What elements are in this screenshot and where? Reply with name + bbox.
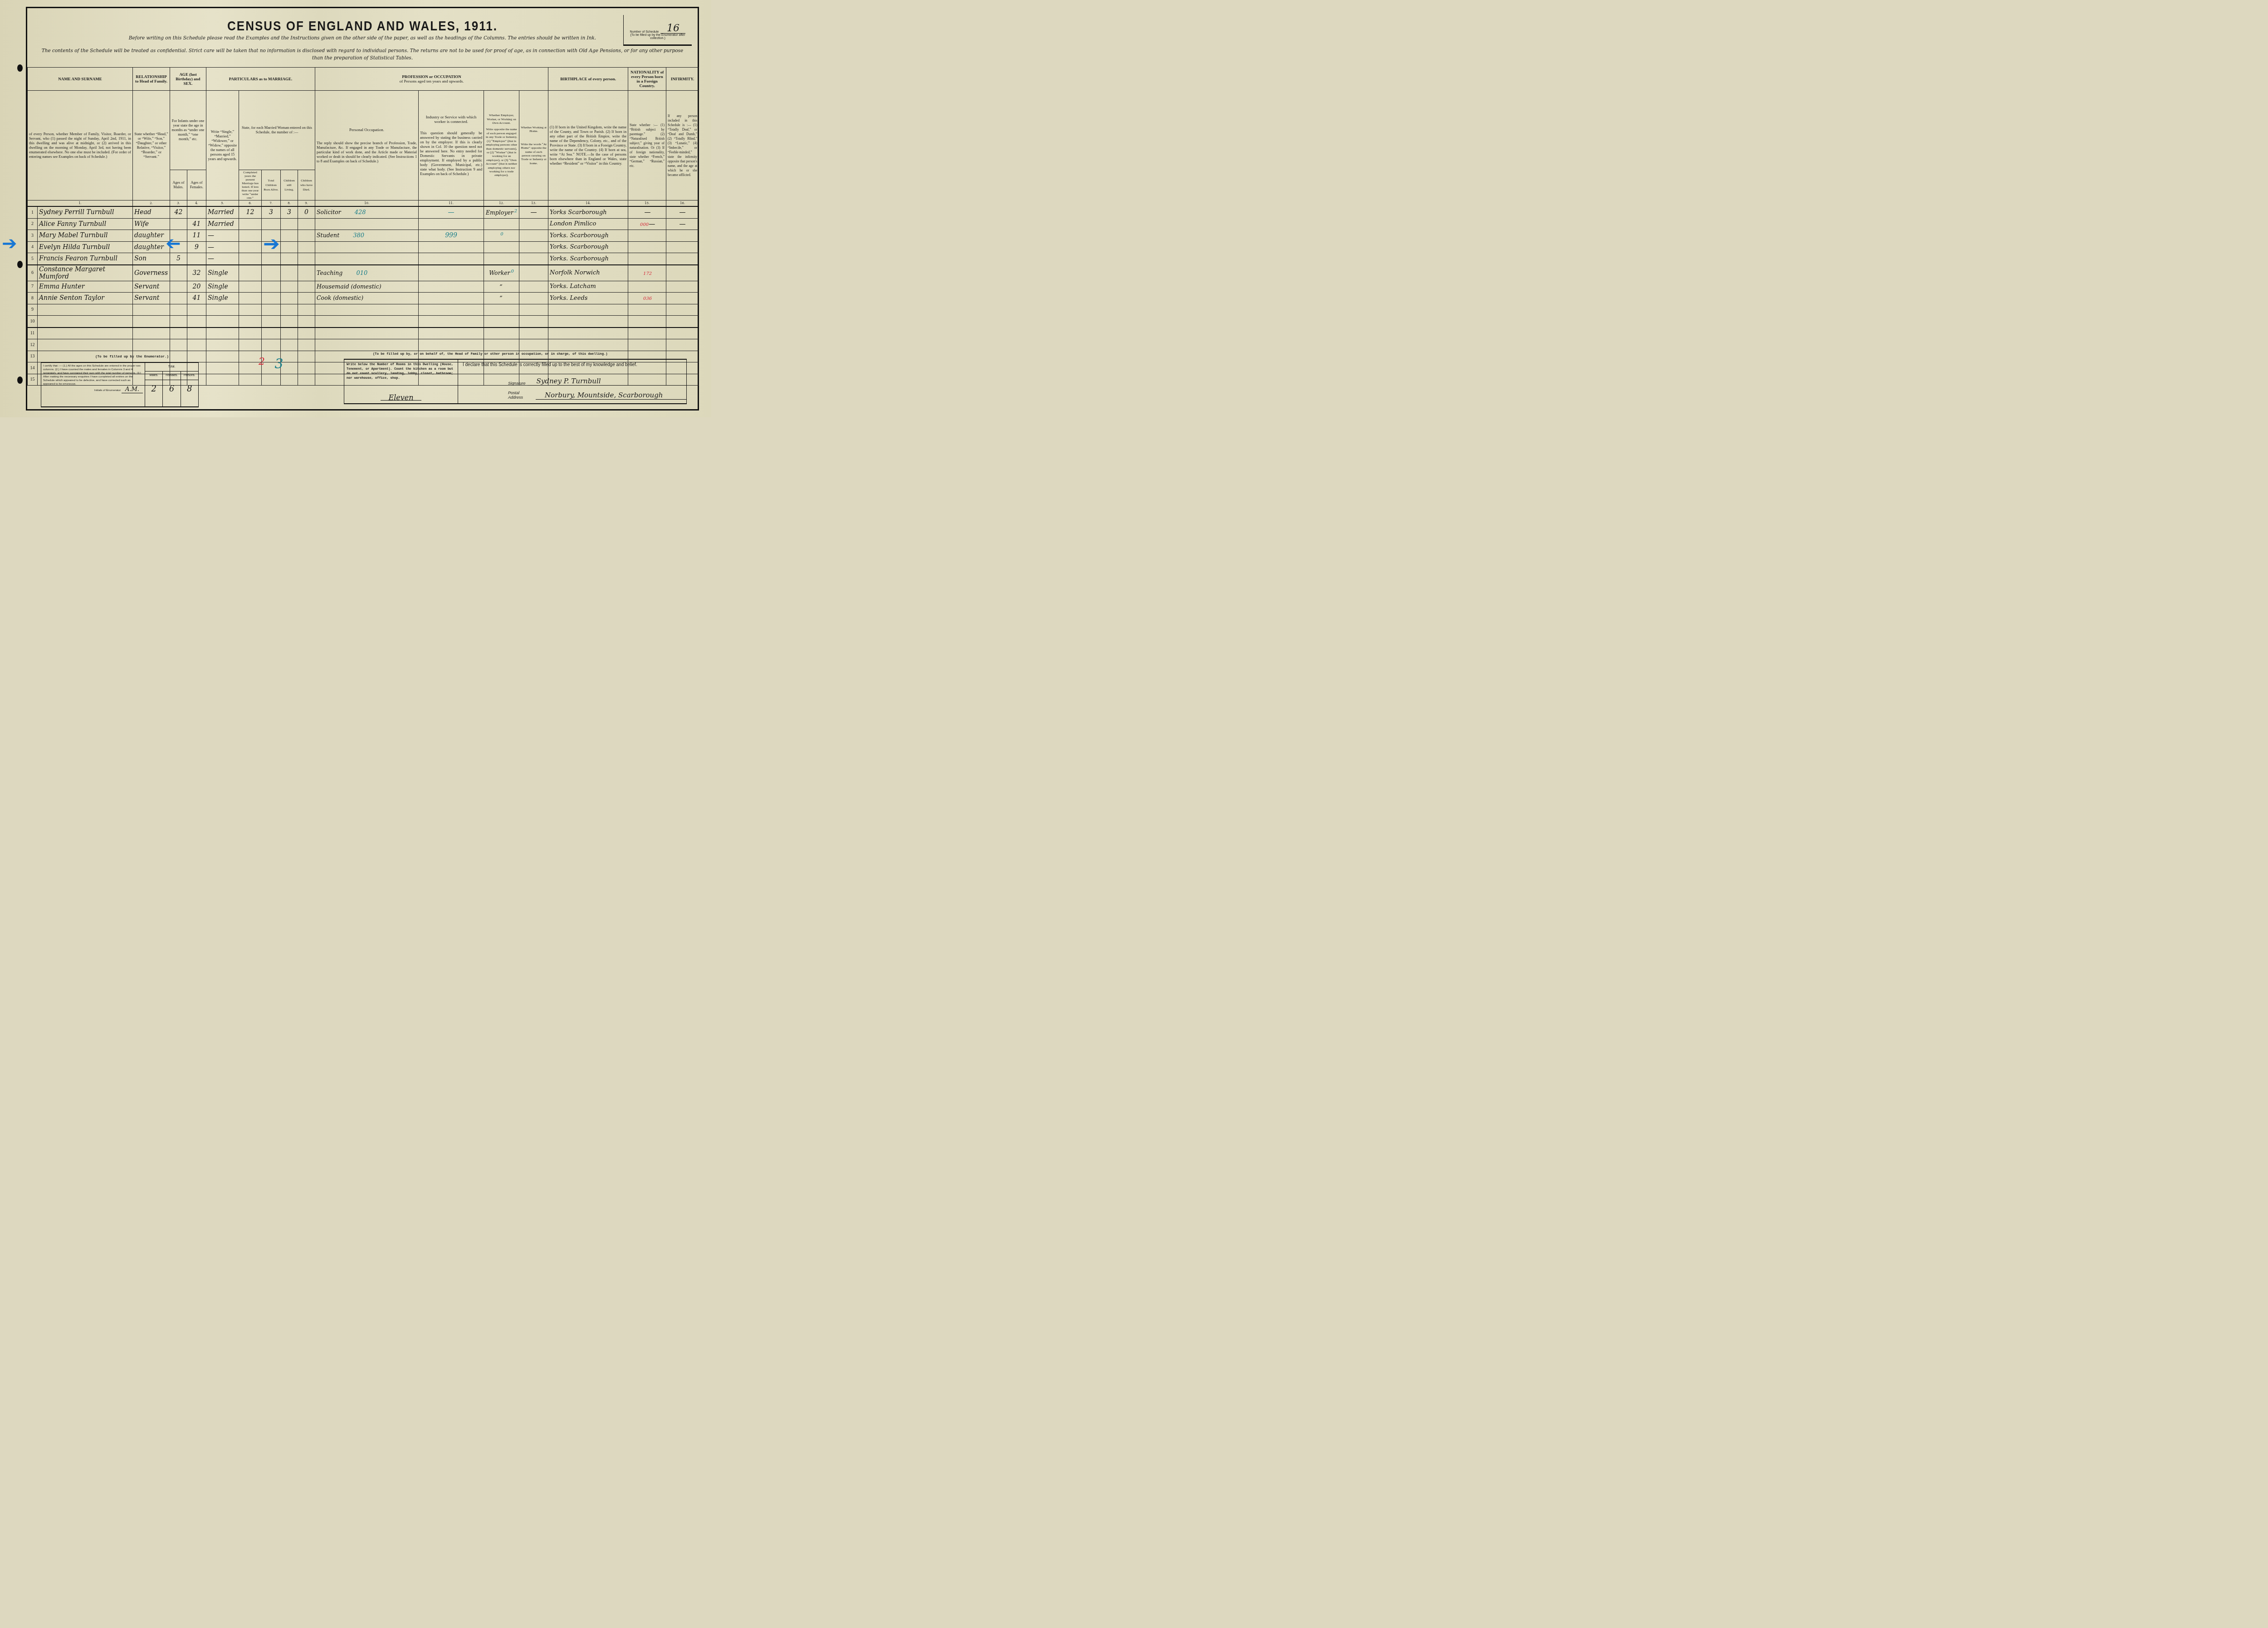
nationality-cell (628, 241, 666, 253)
name-cell: Annie Senton Taylor (38, 293, 133, 304)
table-row: 3Mary Mabel Turnbulldaughter11—Student38… (28, 230, 699, 242)
arrow-right-icon: ➔ (263, 232, 280, 255)
occupation-cell: Teaching010 (315, 265, 419, 281)
infirmity-cell (666, 281, 699, 293)
children-died-cell (298, 241, 315, 253)
employer-cell-text: Worker (489, 270, 510, 277)
relationship-cell-text: daughter (134, 232, 164, 239)
employer-cell: 0 (484, 230, 519, 242)
marital-condition-cell: — (206, 253, 239, 265)
died-header: Children who have Died. (298, 170, 315, 200)
industry-cell-text: 999 (445, 232, 457, 239)
age-female-cell: 41 (187, 293, 206, 304)
initials-row: Initials of Enumerator A.M. (43, 388, 143, 392)
relationship-cell: daughter (133, 230, 170, 242)
personal-occupation-description: The reply should show the precise branch… (317, 141, 417, 164)
age-female-cell (187, 316, 206, 328)
table-row: 7Emma HunterServant20SingleHousemaid (do… (28, 281, 699, 293)
marriage-years-header: Completed years the present Marriage has… (239, 170, 262, 200)
children-living-cell: 3 (281, 206, 298, 218)
age-male-cell-text: 5 (176, 255, 181, 262)
enumerator-initials: A.M. (122, 386, 143, 393)
infirmity-cell (666, 241, 699, 253)
employer-description: Write opposite the name of each person e… (485, 127, 518, 177)
birthplace-cell-text: Yorks. Scarborough (550, 244, 609, 250)
occupation-cell: Cook (domestic) (315, 293, 419, 304)
row-number: 2 (28, 218, 38, 230)
birthplace-cell (548, 316, 628, 328)
address-label: Postal Address (508, 391, 534, 400)
table-row: 8Annie Senton TaylorServant41SingleCook … (28, 293, 699, 304)
marital-condition-cell-text: Single (208, 294, 228, 302)
relationship-cell: Servant (133, 281, 170, 293)
married-woman-description: State, for each Married Woman entered on… (239, 91, 315, 170)
birthplace-cell-text: Yorks. Scarborough (550, 232, 609, 239)
relationship-cell: Son (133, 253, 170, 265)
marital-condition-cell-text: Single (208, 269, 228, 277)
column-number: 4. (187, 200, 206, 207)
occupation-title: PROFESSION or OCCUPATION (317, 74, 547, 79)
birthplace-cell: Yorks. Scarborough (548, 241, 628, 253)
employer-cell (484, 241, 519, 253)
nationality-cell (628, 304, 666, 316)
children-died-cell (298, 328, 315, 339)
nationality-cell (628, 316, 666, 328)
table-row: 4Evelyn Hilda Turnbulldaughter9—Yorks. S… (28, 241, 699, 253)
nationality-description: State whether :— (1) “British subject by… (628, 91, 666, 200)
employer-title: Whether Employer, Worker, or Working on … (485, 113, 518, 125)
birthplace-cell: Norfolk Norwich (548, 265, 628, 281)
working-at-home-cell (519, 253, 548, 265)
rooms-instruction: Write below the Number of Rooms in this … (347, 362, 455, 381)
children-died-cell (298, 304, 315, 316)
employer-cell (484, 218, 519, 230)
column-number: 1. (28, 200, 133, 207)
instruction-line: Before writing on this Schedule please r… (27, 35, 698, 41)
marriage-condition-description: Write “Single,” “Married,” “Widower,” or… (206, 91, 239, 200)
marriage-years-cell-text: 12 (246, 209, 254, 216)
nationality-cell-code: 172 (643, 271, 652, 276)
industry-cell (419, 293, 484, 304)
postal-address: Norbury, Mountside, Scarborough (536, 391, 686, 400)
age-males-header: Ages of Males. (170, 170, 187, 200)
personal-occupation-header: Personal Occupation. The reply should sh… (315, 91, 419, 200)
column-number: 3. (170, 200, 187, 207)
infirmity-cell (666, 328, 699, 339)
column-number: 8. (281, 200, 298, 207)
rooms-count: Eleven (381, 396, 421, 401)
schedule-number: 16 (660, 24, 685, 34)
employer-cell (484, 328, 519, 339)
working-at-home-cell (519, 281, 548, 293)
occupation-cell (315, 253, 419, 265)
children-born-cell (262, 316, 281, 328)
confidential-line: The contents of the Schedule will be tre… (27, 48, 698, 54)
age-male-cell (170, 293, 187, 304)
children-born-cell: 3 (262, 206, 281, 218)
table-row: 10 (28, 316, 699, 328)
working-at-home-cell: — (519, 206, 548, 218)
signature-row: Signature Sydney P. Turnbull (508, 377, 686, 386)
rooms-section: Write below the Number of Rooms in this … (344, 360, 458, 403)
employer-cell-text: ” (499, 284, 502, 290)
industry-cell-text: — (448, 209, 455, 216)
children-living-cell-text: 3 (287, 209, 291, 216)
name-cell: Sydney Perrill Turnbull (38, 206, 133, 218)
birthplace-cell: Yorks. Latcham (548, 281, 628, 293)
children-died-cell (298, 281, 315, 293)
industry-cell (419, 328, 484, 339)
name-cell-text: Emma Hunter (39, 283, 84, 290)
occupation-cell (315, 328, 419, 339)
industry-cell (419, 304, 484, 316)
employer-cell-code: 0 (511, 269, 514, 274)
infirmity-cell (666, 230, 699, 242)
employer-cell: ” (484, 281, 519, 293)
age-female-cell (187, 328, 206, 339)
column-number: 11. (419, 200, 484, 207)
children-living-cell (281, 230, 298, 242)
infirmity-cell-text: — (679, 220, 686, 228)
age-female-cell: 20 (187, 281, 206, 293)
children-died-cell-text: 0 (304, 209, 308, 216)
punch-hole (17, 261, 23, 268)
name-cell: Emma Hunter (38, 281, 133, 293)
name-cell-text: Sydney Perrill Turnbull (39, 209, 114, 216)
infirmity-cell (666, 316, 699, 328)
nationality-cell: — (628, 206, 666, 218)
industry-cell (419, 316, 484, 328)
birthplace-cell: Yorks. Scarborough (548, 253, 628, 265)
marital-condition-cell-text: Married (208, 209, 234, 216)
employer-cell-code: 2 (514, 209, 517, 214)
occupation-cell-text: Student (317, 232, 339, 239)
column-number: 10. (315, 200, 419, 207)
age-female-cell-text: 11 (193, 232, 201, 239)
name-description: of every Person, whether Member of Famil… (28, 91, 133, 200)
marriage-years-cell (239, 218, 262, 230)
header-birthplace: BIRTHPLACE of every person. (548, 68, 628, 91)
children-living-cell (281, 281, 298, 293)
header-name: NAME AND SURNAME (28, 68, 133, 91)
birthplace-cell (548, 328, 628, 339)
infirmity-cell-text: — (679, 209, 686, 216)
header-infirmity: INFIRMITY. (666, 68, 699, 91)
age-male-cell (170, 316, 187, 328)
name-cell-text: Mary Mabel Turnbull (39, 232, 108, 239)
marital-condition-cell: Married (206, 206, 239, 218)
industry-cell (419, 281, 484, 293)
still-living-header: Children still Living. (281, 170, 298, 200)
header-row-descriptions: of every Person, whether Member of Famil… (28, 91, 699, 170)
nationality-cell (628, 328, 666, 339)
occupation-cell (315, 218, 419, 230)
occupation-cell-text: Housemaid (domestic) (317, 283, 381, 290)
occupation-cell (315, 304, 419, 316)
totals-table: Total. Males. Females. Persons. 2 6 8 (145, 363, 198, 406)
occupation-cell-text: Teaching (317, 269, 342, 276)
enumerator-box: I certify that :— (1.) All the ages on t… (41, 362, 199, 407)
header-row-titles: NAME AND SURNAME RELATIONSHIP to Head of… (28, 68, 699, 91)
birthplace-cell: London Pimlico (548, 218, 628, 230)
margin-teal-number: 3 (275, 356, 283, 372)
marriage-years-cell (239, 281, 262, 293)
age-female-cell (187, 253, 206, 265)
margin-annotations: 2 3 (259, 356, 283, 372)
children-living-cell (281, 328, 298, 339)
marital-condition-cell: — (206, 230, 239, 242)
occupation-cell-text: Cook (domestic) (317, 294, 363, 301)
children-died-cell (298, 253, 315, 265)
address-row: Postal Address Norbury, Mountside, Scarb… (508, 391, 686, 400)
industry-cell (419, 241, 484, 253)
industry-header: Industry or Service with which worker is… (419, 91, 484, 200)
marital-condition-cell-text: Married (208, 220, 234, 228)
children-living-cell (281, 304, 298, 316)
working-at-home-cell (519, 328, 548, 339)
working-at-home-cell (519, 230, 548, 242)
children-died-cell: 0 (298, 206, 315, 218)
row-number: 4 (28, 241, 38, 253)
birthplace-cell: Yorks. Scarborough (548, 230, 628, 242)
head-of-family-box: Write below the Number of Rooms in this … (344, 359, 687, 404)
footer-section: (To be filled up by the Enumerator.) I c… (27, 347, 698, 411)
occupation-subtitle: of Persons aged ten years and upwards. (317, 79, 547, 83)
marriage-years-cell (239, 265, 262, 281)
row-number: 1 (28, 206, 38, 218)
schedule-number-box: Number of Schedule 16 (To be filled up b… (623, 15, 692, 46)
header-marriage: PARTICULARS as to MARRIAGE. (206, 68, 315, 91)
name-cell (38, 304, 133, 316)
relationship-cell (133, 316, 170, 328)
relationship-cell-text: Servant (134, 283, 159, 290)
table-row: 11 (28, 328, 699, 339)
age-male-cell (170, 218, 187, 230)
age-female-cell: 11 (187, 230, 206, 242)
marital-condition-cell (206, 316, 239, 328)
birthplace-cell: Yorks. Leeds (548, 293, 628, 304)
header-occupation: PROFESSION or OCCUPATION of Persons aged… (315, 68, 548, 91)
column-number: 14. (548, 200, 628, 207)
age-female-cell: 9 (187, 241, 206, 253)
employer-cell-text: Employer (486, 209, 513, 216)
nationality-cell: 036 (628, 293, 666, 304)
marital-condition-cell: Single (206, 293, 239, 304)
relationship-cell-text: Son (134, 255, 147, 262)
marital-condition-cell: — (206, 241, 239, 253)
working-at-home-cell (519, 316, 548, 328)
infirmity-description: If any person included in this Schedule … (666, 91, 699, 200)
children-died-cell (298, 230, 315, 242)
industry-description: This question should generally be answer… (420, 131, 482, 176)
employer-cell: Employer2 (484, 206, 519, 218)
relationship-cell-text: Governess (134, 269, 168, 277)
children-born-cell (262, 293, 281, 304)
header-age: AGE (last Birthday) and SEX. (170, 68, 206, 91)
occupation-cell: Solicitor428 (315, 206, 419, 218)
name-cell (38, 328, 133, 339)
personal-occupation-title: Personal Occupation. (317, 127, 417, 132)
column-number: 6. (239, 200, 262, 207)
signature: Sydney P. Turnbull (528, 377, 686, 386)
age-females-header: Ages of Females. (187, 170, 206, 200)
name-cell: Evelyn Hilda Turnbull (38, 241, 133, 253)
employer-cell-code: 0 (500, 232, 503, 237)
marital-condition-cell: Single (206, 265, 239, 281)
birthplace-cell-text: Norfolk Norwich (550, 269, 600, 276)
home-title: Whether Working at Home. (521, 126, 547, 133)
age-female-cell (187, 206, 206, 218)
column-number: 5. (206, 200, 239, 207)
total-label: Total. (145, 363, 198, 372)
row-number: 6 (28, 265, 38, 281)
birthplace-cell-text: Yorks. Scarborough (550, 255, 609, 262)
employer-cell (484, 304, 519, 316)
infirmity-cell (666, 265, 699, 281)
header-relationship: RELATIONSHIP to Head of Family. (133, 68, 170, 91)
marital-condition-cell (206, 304, 239, 316)
arrow-right-icon: ➔ (2, 233, 17, 254)
row-number: 11 (28, 328, 38, 339)
marital-condition-cell-text: — (208, 232, 214, 239)
name-cell-text: Francis Fearon Turnbull (39, 255, 117, 262)
marital-condition-cell-text: — (208, 244, 214, 251)
name-cell-text: Constance Margaret Mumford (39, 266, 105, 280)
age-female-cell-text: 41 (193, 294, 201, 302)
name-cell-text: Alice Fanny Turnbull (39, 220, 106, 228)
infirmity-cell: — (666, 218, 699, 230)
age-description: For Infants under one year state the age… (170, 91, 206, 170)
relationship-cell (133, 328, 170, 339)
punch-hole (17, 64, 23, 72)
home-description: Write the words “At Home” opposite the n… (521, 142, 547, 165)
relationship-description: State whether “Head,” or “Wife,” “Son,” … (133, 91, 170, 200)
children-died-cell (298, 316, 315, 328)
schedule-number-note: (To be filled up by the Enumerator after… (624, 34, 692, 40)
nationality-cell-text: — (645, 209, 651, 216)
nationality-cell: 172 (628, 265, 666, 281)
nationality-cell-code: 000 (640, 222, 649, 227)
males-label: Males. (145, 372, 163, 380)
infirmity-cell (666, 293, 699, 304)
relationship-cell (133, 304, 170, 316)
confidential-line-2: than the preparation of Statistical Tabl… (27, 55, 698, 61)
punch-hole (17, 376, 23, 384)
birthplace-cell: Yorks Scarborough (548, 206, 628, 218)
marriage-years-cell (239, 316, 262, 328)
head-of-family-caption: (To be filled up by, or on behalf of, th… (373, 352, 608, 356)
relationship-cell: Servant (133, 293, 170, 304)
working-at-home-cell (519, 218, 548, 230)
industry-cell: — (419, 206, 484, 218)
birthplace-cell (548, 304, 628, 316)
children-died-cell (298, 293, 315, 304)
name-cell: Mary Mabel Turnbull (38, 230, 133, 242)
signature-label: Signature (508, 381, 526, 386)
nationality-cell (628, 253, 666, 265)
industry-cell: 999 (419, 230, 484, 242)
occupation-cell: Housemaid (domestic) (315, 281, 419, 293)
industry-cell (419, 265, 484, 281)
born-alive-header: Total Children Born Alive. (262, 170, 281, 200)
birthplace-cell-text: Yorks Scarborough (550, 209, 607, 216)
employer-cell: ” (484, 293, 519, 304)
name-cell: Francis Fearon Turnbull (38, 253, 133, 265)
row-number: 10 (28, 316, 38, 328)
marital-condition-cell (206, 328, 239, 339)
declaration-text: I declare that this Schedule is correctl… (463, 362, 682, 367)
children-born-cell (262, 218, 281, 230)
column-number: 9. (298, 200, 315, 207)
row-number: 3 (28, 230, 38, 242)
table-row: 5Francis Fearon TurnbullSon5—Yorks. Scar… (28, 253, 699, 265)
employer-cell-text: ” (499, 295, 502, 302)
marital-condition-cell-text: — (208, 255, 214, 262)
marriage-years-cell (239, 328, 262, 339)
children-died-cell (298, 218, 315, 230)
marital-condition-cell: Married (206, 218, 239, 230)
relationship-cell-text: Head (134, 209, 152, 216)
working-at-home-cell (519, 241, 548, 253)
infirmity-cell: — (666, 206, 699, 218)
enumerator-caption: (To be filled up by the Enumerator.) (95, 355, 169, 359)
name-cell (38, 316, 133, 328)
children-born-cell-text: 3 (269, 209, 273, 216)
nationality-cell-code: 036 (643, 296, 652, 301)
name-cell: Alice Fanny Turnbull (38, 218, 133, 230)
marital-condition-cell-text: Single (208, 283, 228, 290)
persons-label: Persons. (181, 372, 198, 380)
header-nationality: NATIONALITY of every Person born in a Fo… (628, 68, 666, 91)
declaration-section: I declare that this Schedule is correctl… (458, 360, 686, 403)
employer-cell (484, 253, 519, 265)
nationality-cell (628, 281, 666, 293)
working-at-home-cell-text: — (531, 209, 537, 216)
relationship-cell: daughter (133, 241, 170, 253)
children-living-cell (281, 316, 298, 328)
name-cell: Constance Margaret Mumford (38, 265, 133, 281)
age-male-cell: 5 (170, 253, 187, 265)
nationality-cell (628, 230, 666, 242)
industry-title: Industry or Service with which worker is… (420, 115, 482, 124)
occupation-cell (315, 241, 419, 253)
females-label: Females. (163, 372, 181, 380)
children-born-cell (262, 265, 281, 281)
table-row: 2Alice Fanny TurnbullWife41MarriedLondon… (28, 218, 699, 230)
name-cell-text: Annie Senton Taylor (39, 294, 104, 302)
relationship-cell: Governess (133, 265, 170, 281)
occupation-cell: Student380 (315, 230, 419, 242)
marriage-years-cell (239, 241, 262, 253)
table-row: 9 (28, 304, 699, 316)
occupation-cell-text: Solicitor (317, 209, 341, 215)
marriage-years-cell (239, 293, 262, 304)
marriage-years-cell (239, 230, 262, 242)
occupation-cell-code: 010 (356, 270, 367, 277)
column-number: 12. (484, 200, 519, 207)
marriage-years-cell (239, 253, 262, 265)
children-living-cell (281, 293, 298, 304)
industry-cell (419, 218, 484, 230)
infirmity-cell (666, 304, 699, 316)
age-male-cell: 42 (170, 206, 187, 218)
marital-condition-cell: Single (206, 281, 239, 293)
employer-header: Whether Employer, Worker, or Working on … (484, 91, 519, 200)
name-cell-text: Evelyn Hilda Turnbull (39, 244, 110, 251)
occupation-cell-code: 380 (353, 232, 364, 239)
column-number: 16. (666, 200, 699, 207)
children-died-cell (298, 265, 315, 281)
